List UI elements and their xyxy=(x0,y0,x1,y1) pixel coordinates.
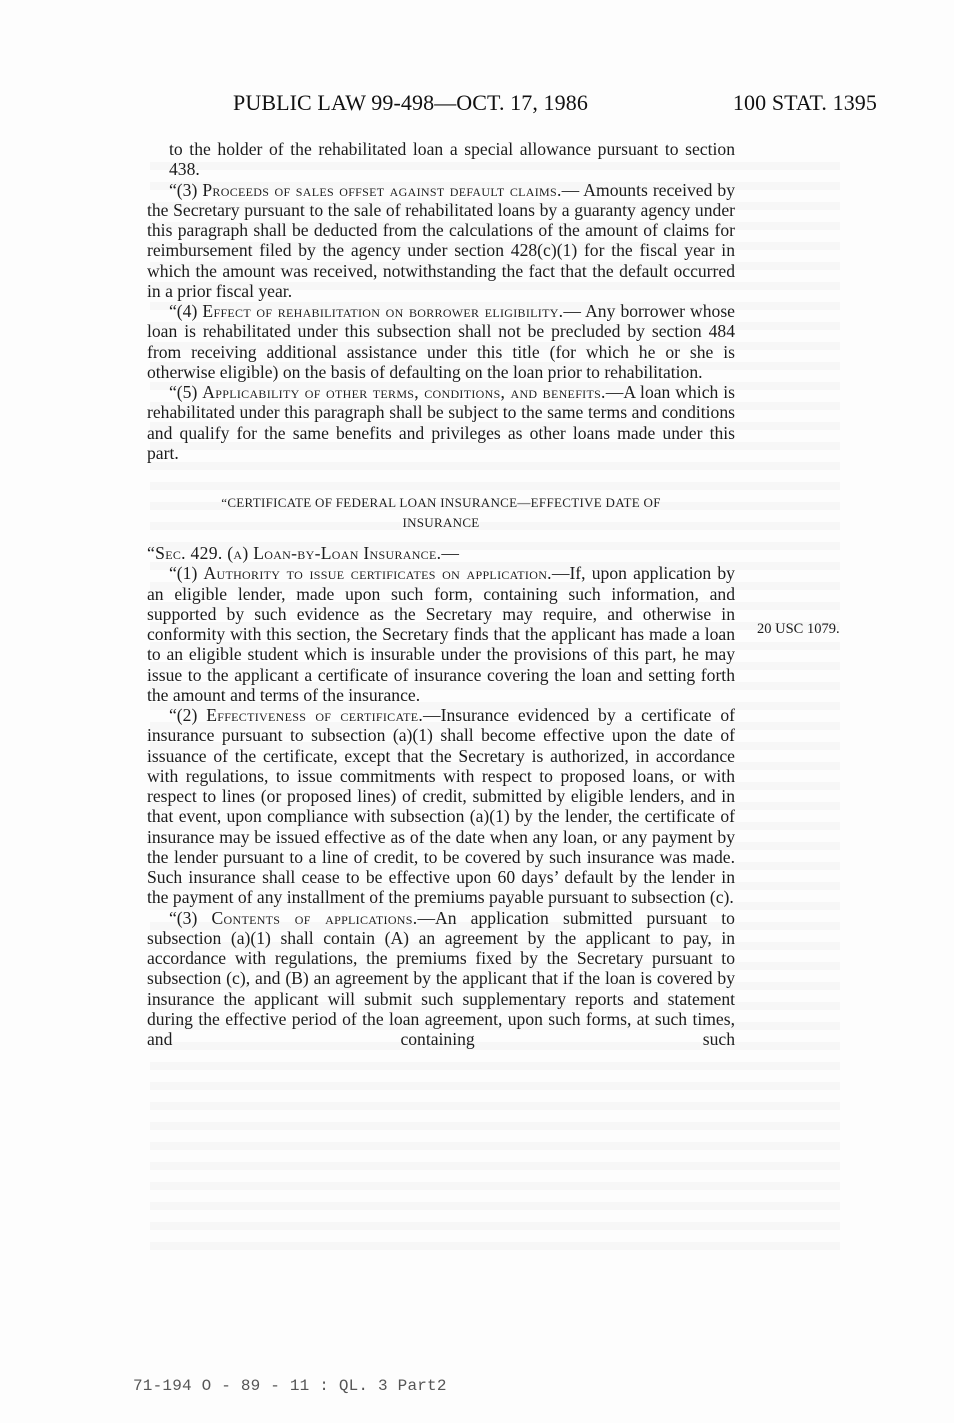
paragraph-a3-contents: “(3) Contents of applications.—An applic… xyxy=(147,908,735,1050)
paragraph-heading: Contents of applications. xyxy=(211,908,417,928)
paragraph-heading: Applicability of other terms, conditions… xyxy=(202,382,605,402)
paragraph-text: —Insurance evidenced by a certificate of… xyxy=(147,705,735,907)
statutes-page-number: 100 STAT. 1395 xyxy=(733,90,877,116)
public-law-title: PUBLIC LAW 99-498—OCT. 17, 1986 xyxy=(233,90,588,116)
running-head: PUBLIC LAW 99-498—OCT. 17, 1986 100 STAT… xyxy=(233,90,877,118)
paragraph-heading: Authority to issue certificates on appli… xyxy=(203,563,551,583)
paragraph-a1-authority: “(1) Authority to issue certificates on … xyxy=(147,563,735,705)
paragraph-number: “(4) xyxy=(169,301,202,321)
document-page: PUBLIC LAW 99-498—OCT. 17, 1986 100 STAT… xyxy=(0,0,954,1423)
usc-citation-margin-note: 20 USC 1079. xyxy=(757,621,840,638)
paragraph-heading: Effectiveness of certificate. xyxy=(206,705,423,725)
paragraph-text: —An application submitted pursuant to su… xyxy=(147,908,735,1050)
paragraph-4-effect: “(4) Effect of rehabilitation on borrowe… xyxy=(147,301,735,382)
subsection-heading: Loan-by-Loan Insurance. xyxy=(253,543,441,563)
paragraph-text: —If, upon application by an eligible len… xyxy=(147,563,735,705)
section-heading-line: “Certificate of Federal Loan Insurance—E… xyxy=(147,493,735,513)
paragraph-number: “(1) xyxy=(169,563,203,583)
paragraph-a2-effectiveness: “(2) Effectiveness of certificate.—Insur… xyxy=(147,705,735,908)
paragraph-number: “(3) xyxy=(169,908,211,928)
paragraph-number: “(3) xyxy=(169,180,202,200)
paragraph-number: “(5) xyxy=(169,382,202,402)
paragraph-continuation: to the holder of the rehabilitated loan … xyxy=(147,139,735,180)
statute-body: to the holder of the rehabilitated loan … xyxy=(147,139,735,1049)
gpo-print-code: 71-194 O - 89 - 11 : QL. 3 Part2 xyxy=(133,1377,447,1395)
dash: — xyxy=(441,543,459,563)
section-heading: “Certificate of Federal Loan Insurance—E… xyxy=(147,493,735,533)
section-number: “Sec. 429. (a) xyxy=(147,543,253,563)
section-heading-line: Insurance xyxy=(147,513,735,533)
paragraph-text: to the holder of the rehabilitated loan … xyxy=(169,139,735,179)
paragraph-number: “(2) xyxy=(169,705,206,725)
section-429-heading: “Sec. 429. (a) Loan-by-Loan Insurance.— xyxy=(147,543,735,563)
paragraph-3-proceeds: “(3) Proceeds of sales offset against de… xyxy=(147,180,735,302)
paragraph-heading: Proceeds of sales offset against default… xyxy=(202,180,561,200)
paragraph-heading: Effect of rehabilitation on borrower eli… xyxy=(202,301,563,321)
paragraph-5-applicability: “(5) Applicability of other terms, condi… xyxy=(147,382,735,463)
